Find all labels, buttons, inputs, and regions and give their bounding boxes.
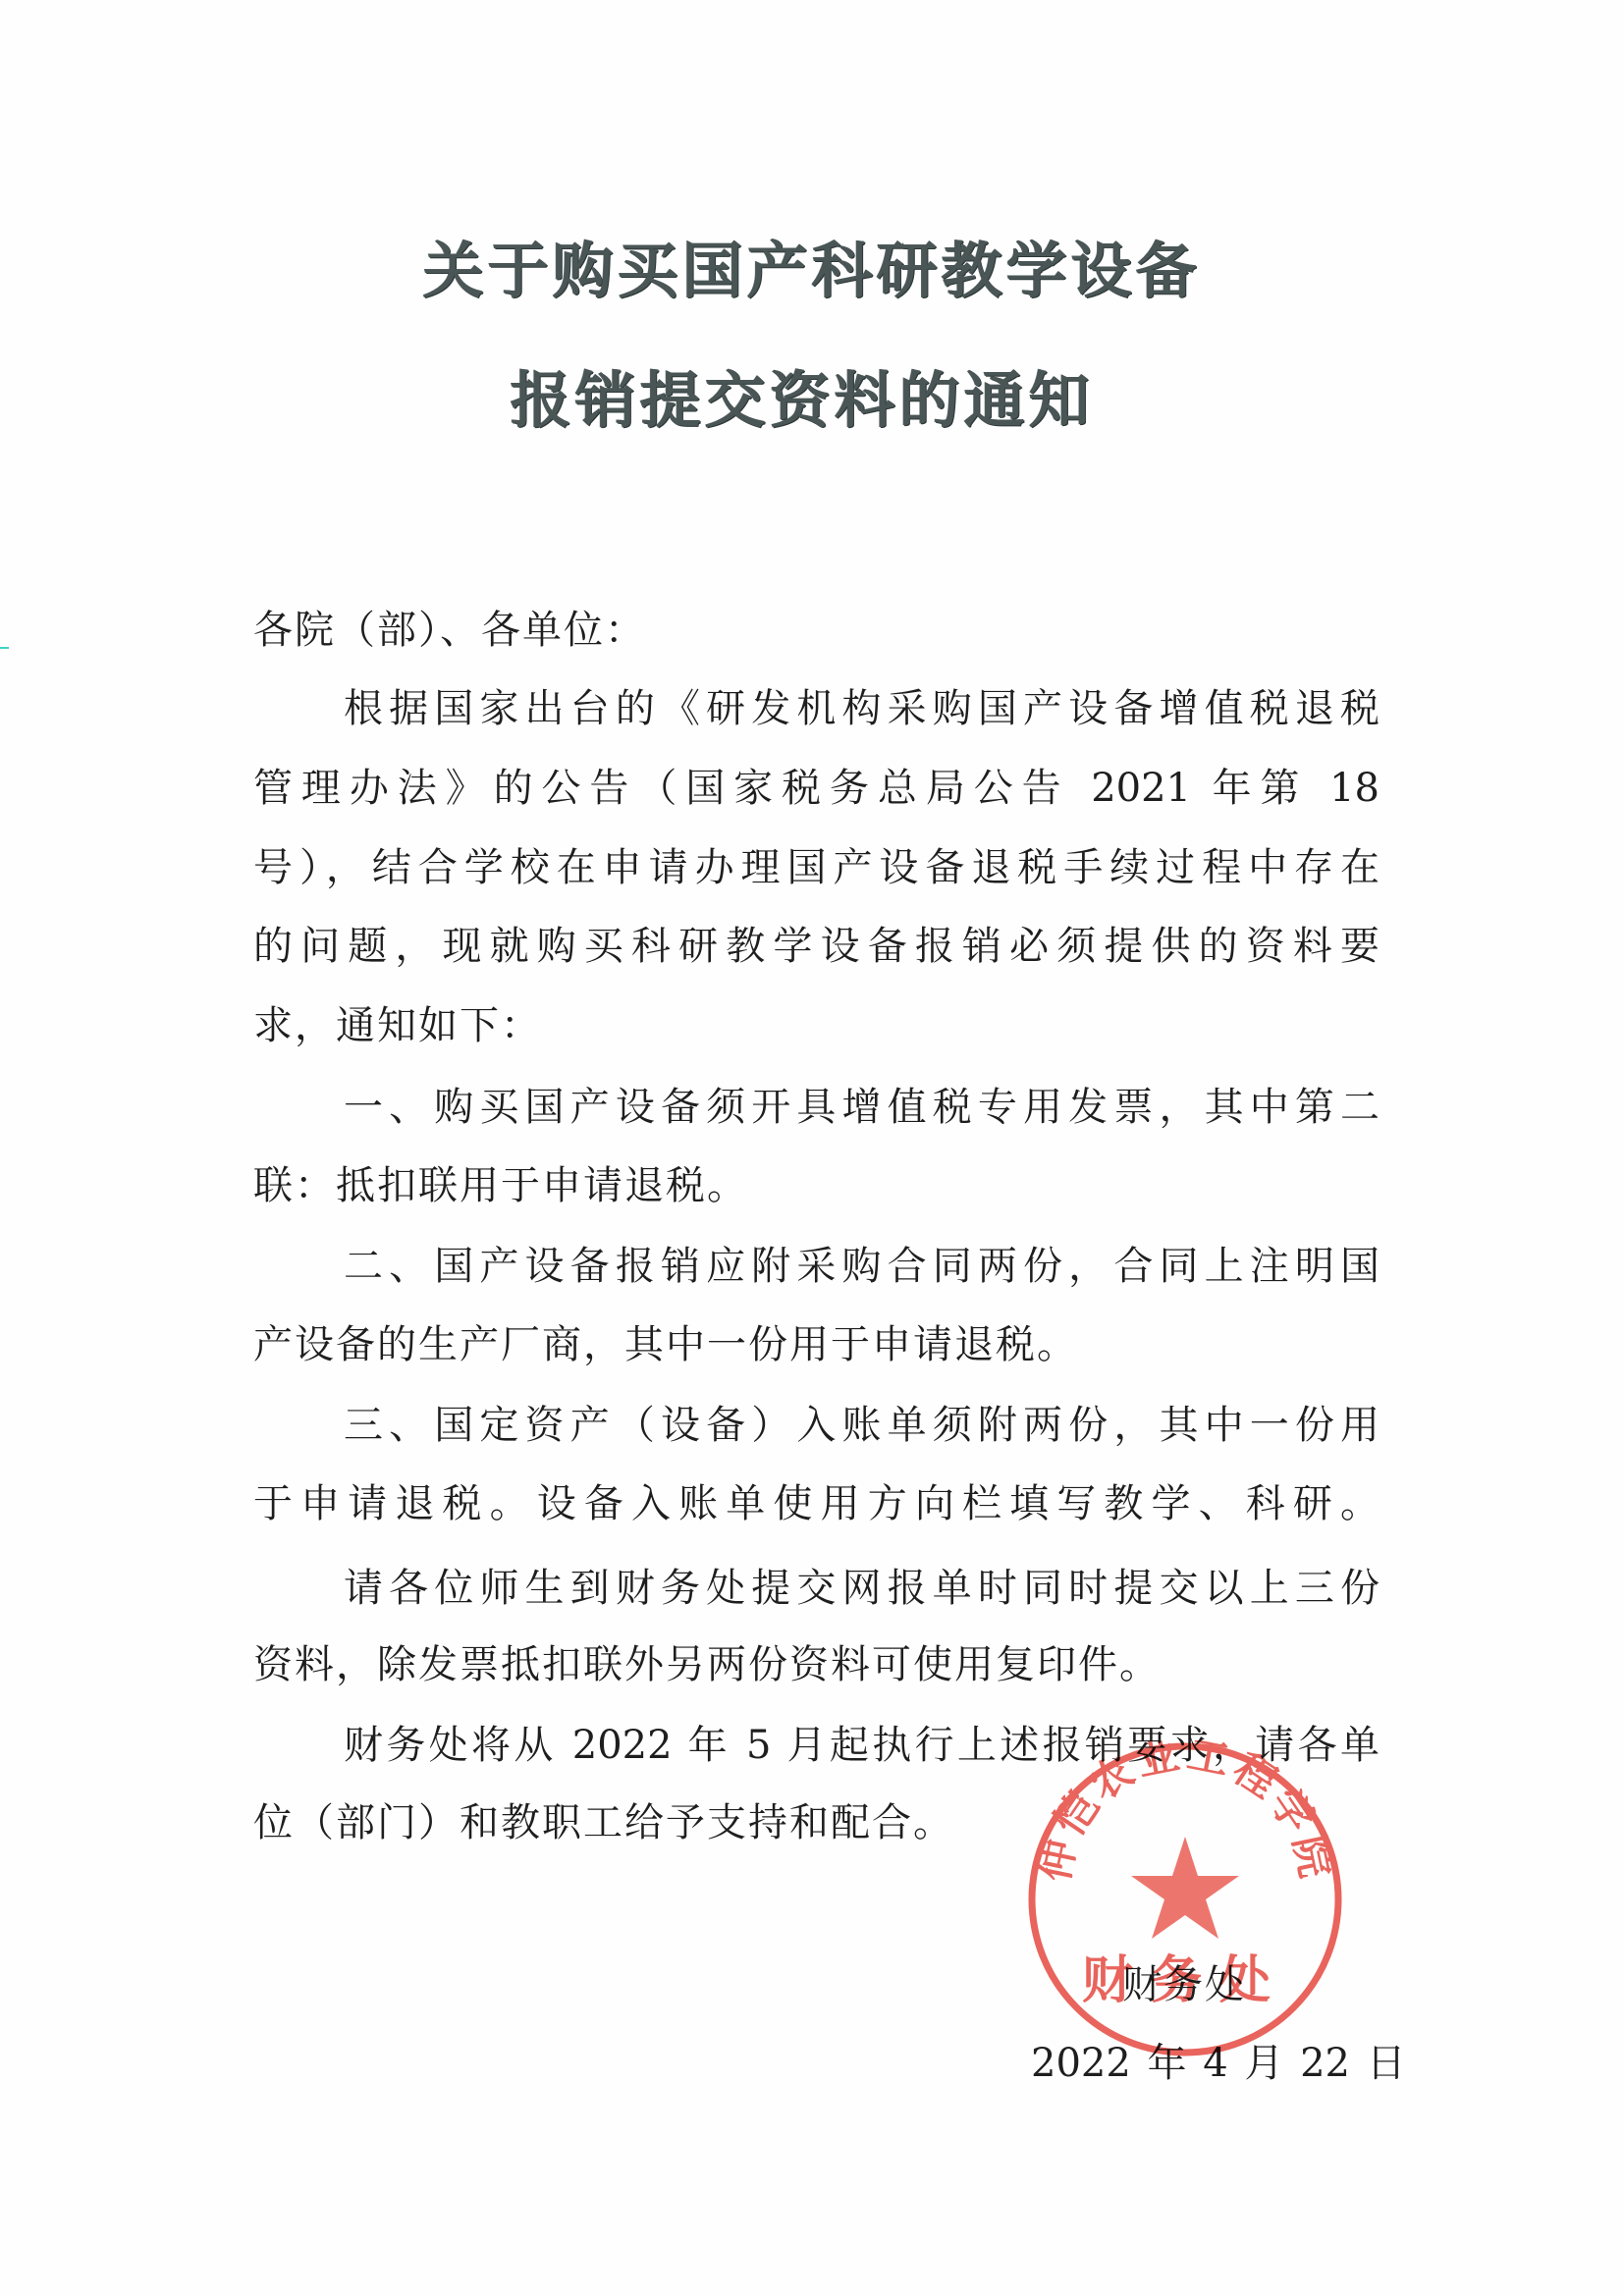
body-line-item-2: 二、国产设备报销应附采购合同两份，合同上注明国	[344, 1241, 1380, 1292]
body-line: 产设备的生产厂商，其中一份用于申请退税。	[253, 1319, 1380, 1370]
official-seal-stamp: 仲恺农业工程学院 财务处	[1026, 1740, 1344, 2058]
document-page: 关于购买国产科研教学设备 报销提交资料的通知 各院（部）、各单位： 根据国家出台…	[0, 0, 1623, 2296]
scan-edge-mark	[0, 647, 9, 649]
signature-date: 2022 年 4 月 22 日	[1031, 2038, 1406, 2089]
salutation: 各院（部）、各单位：	[253, 605, 1380, 656]
document-title-line-1: 关于购买国产科研教学设备	[0, 222, 1623, 309]
body-line: 于申请退税。设备入账单使用方向栏填写教学、科研。	[253, 1478, 1380, 1529]
body-line: 号），结合学校在申请办理国产设备退税手续过程中存在	[253, 842, 1380, 893]
body-line: 联：抵扣联用于申请退税。	[253, 1160, 1380, 1211]
star-icon	[1131, 1837, 1239, 1939]
body-line-item-3: 三、国定资产（设备）入账单须附两份，其中一份用	[344, 1400, 1380, 1451]
signature-department: 财务处	[1122, 1959, 1246, 2010]
body-line: 请各位师生到财务处提交网报单时同时提交以上三份	[344, 1563, 1380, 1614]
body-line: 财务处将从 2022 年 5 月起执行上述报销要求，请各单	[344, 1720, 1380, 1771]
body-line: 根据国家出台的《研发机构采购国产设备增值税退税	[344, 683, 1380, 734]
body-line: 位（部门）和教职工给予支持和配合。	[253, 1797, 1380, 1848]
body-line-item-1: 一、购买国产设备须开具增值税专用发票，其中第二	[344, 1082, 1380, 1133]
body-line: 的问题，现就购买科研教学设备报销必须提供的资料要	[253, 921, 1380, 972]
body-line: 管理办法》的公告（国家税务总局公告 2021 年第 18	[253, 763, 1380, 814]
body-line: 资料，除发票抵扣联外另两份资料可使用复印件。	[253, 1639, 1380, 1690]
body-line: 求，通知如下：	[253, 1000, 1380, 1051]
document-title-line-2: 报销提交资料的通知	[0, 351, 1613, 439]
